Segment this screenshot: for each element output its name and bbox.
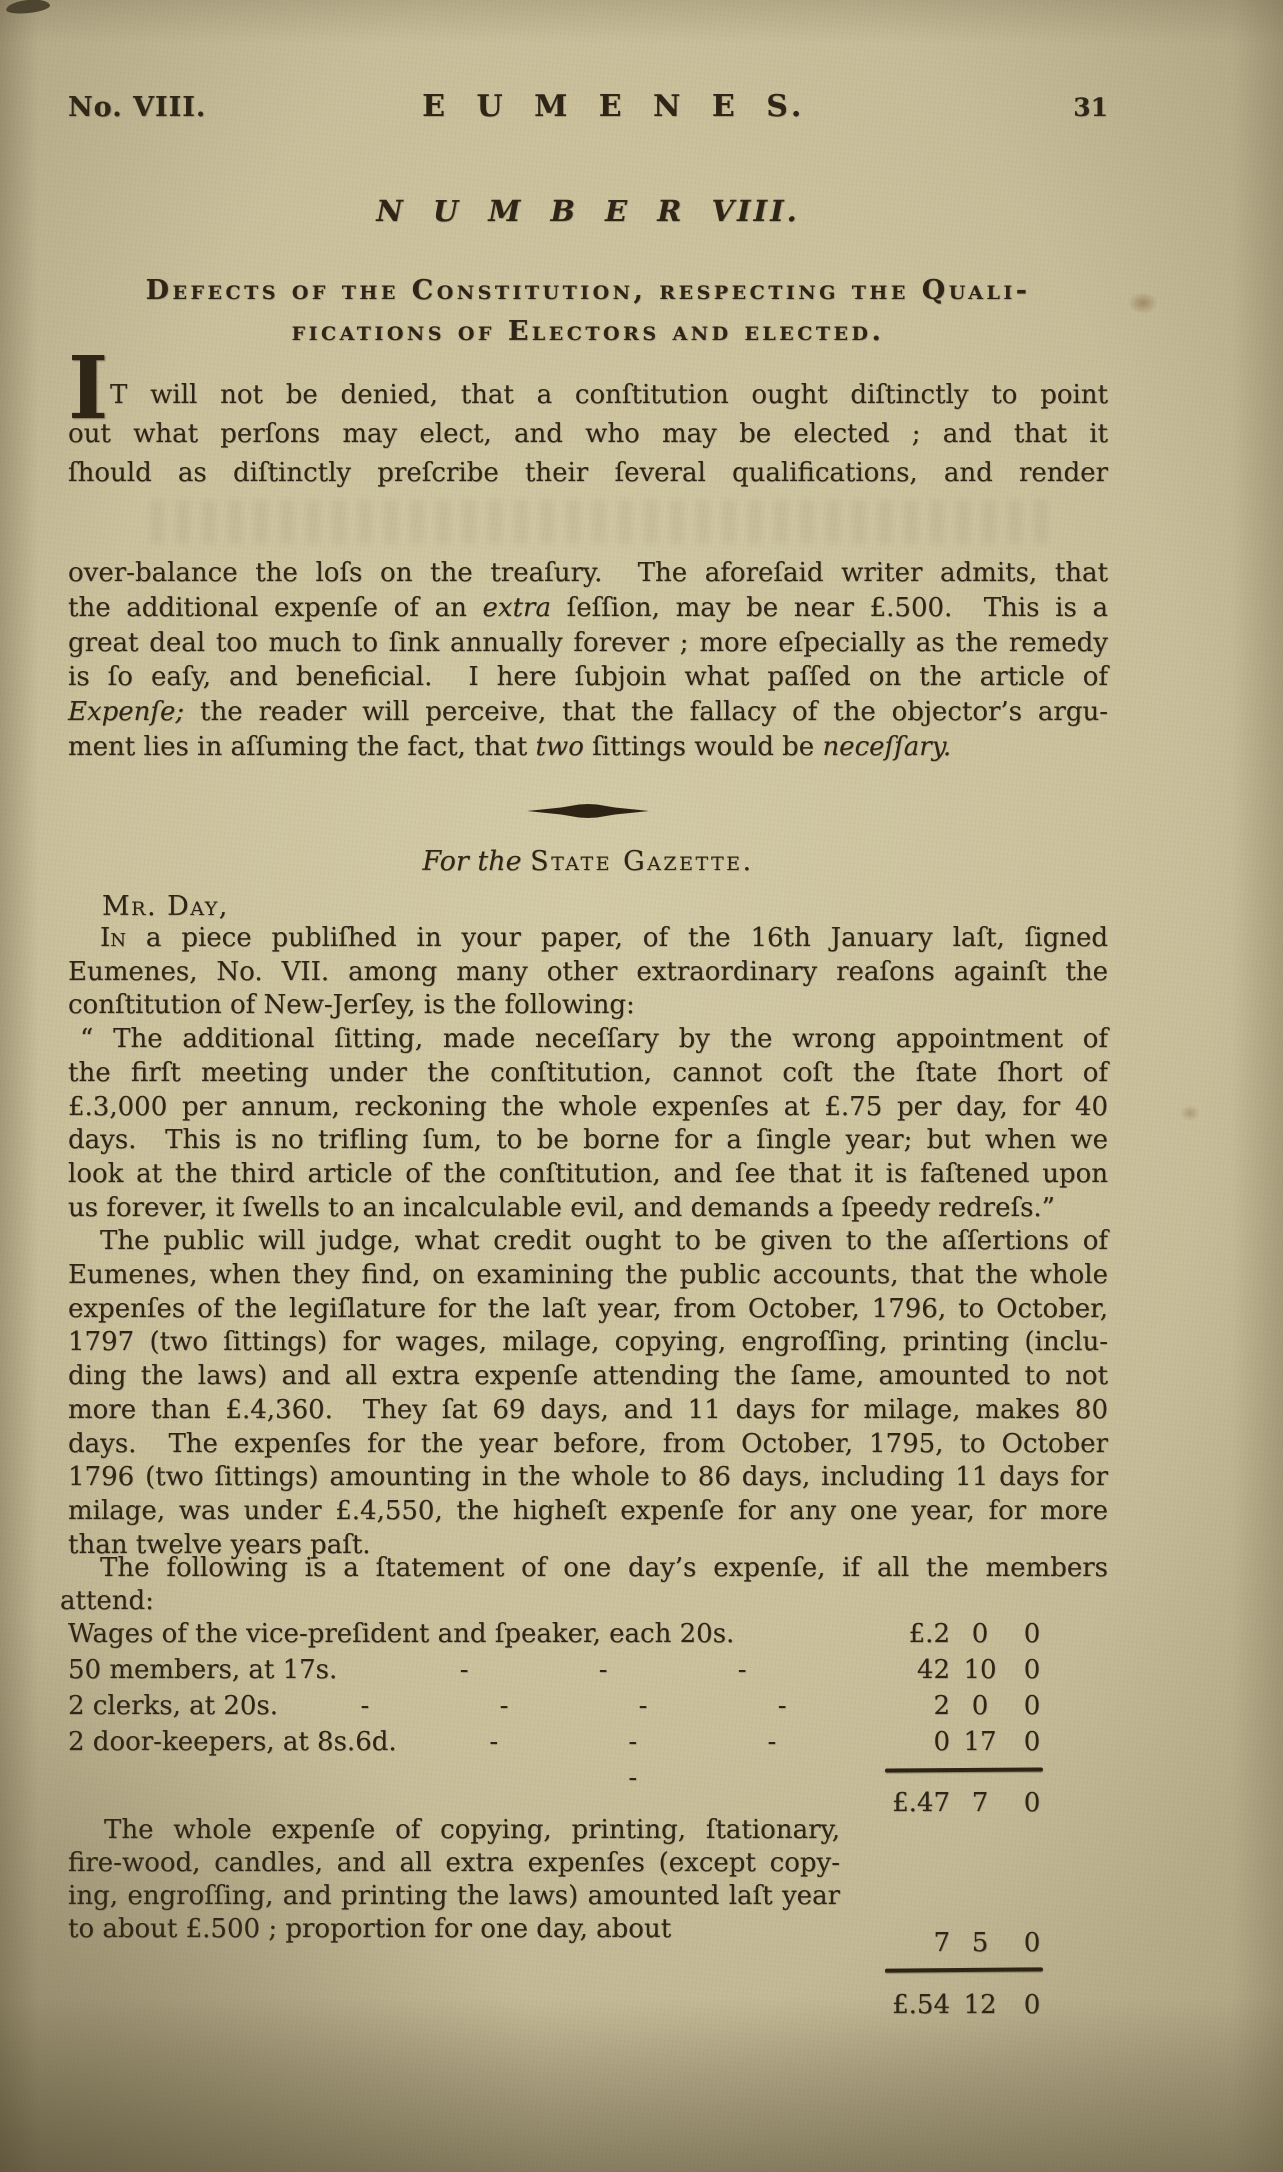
closing-paragraph: The whole expenſe of copying, printing, … [68,1814,840,1946]
text-line: is ſo eaſy, and beneficial. I here ſubjo… [68,660,1108,695]
amount-shillings: 17 [950,1724,1010,1760]
text-line: more than £.4,360. They ſat 69 days, and… [68,1394,1108,1428]
text-line: “ The additional ſitting, made neceſſary… [68,1023,1108,1057]
amount-pence: 0 [1010,1688,1054,1724]
text-line: us forever, it ſwells to an incalculable… [68,1192,1108,1226]
text-line: 1796 (two ſittings) amounting in the who… [68,1461,1108,1495]
text-line: In a piece publiſhed in your paper, of t… [68,922,1108,956]
book-page: No. VIII. E U M E N E S. 31 N U M B E R … [0,0,1283,2172]
amount-pounds: £.2 [870,1616,950,1652]
swelled-rule-ornament [527,804,649,818]
amount-pounds: 42 [870,1652,950,1688]
page-number: 31 [1073,91,1108,125]
amount-pounds: 0 [870,1724,950,1760]
text-line: IT will not be denied, that a conſtituti… [68,376,1108,415]
text-line-content: T will not be denied, that a conſtitutio… [110,380,1108,410]
text-line: ing, engroſſing, and printing the laws) … [68,1880,840,1913]
leader-dashes: - - - - [278,1688,870,1724]
continuation-paragraph: over-balance the loſs on the treaſury. T… [68,556,1108,765]
text-line: conſtitution of New-Jerſey, is the follo… [68,989,1108,1023]
text-line: the additional expenſe of an extra ſeſſi… [68,591,1108,626]
text-line: attend: [60,1585,1108,1618]
page-title: E U M E N E S. [180,90,1047,124]
gazette-heading: For the State Gazette. [68,845,1108,879]
foxing-spot [1128,292,1158,314]
text-line: out what perſons may elect, and who may … [68,415,1108,454]
amount-pence: 0 [1010,1990,1054,2020]
amount-shillings: 5 [950,1928,1010,1958]
text-segment: the reader will perceive, that the falla… [184,697,1108,727]
ink-smudge [5,0,50,15]
salutation-text: Mr. Day, [102,891,229,922]
sum-rule [885,1967,1043,1972]
text-line: The whole expenſe of copying, printing, … [68,1814,840,1847]
amount-shillings: 0 [950,1616,1010,1652]
text-line: fire-wood, candles, and all extra expenſ… [68,1847,840,1880]
expense-item-label: 50 members, at 17s. [68,1652,337,1688]
text-line: days. This is no trifling ſum, to be bor… [68,1124,1108,1158]
small-caps-word: In [100,923,126,953]
text-line: ding the laws) and all extra expenſe att… [68,1360,1108,1394]
amount: £.2 0 0 [870,1616,1054,1652]
italic-word: Expenſe; [68,697,184,727]
gazette-heading-prefix: For the [422,846,530,877]
text-segment: a piece publiſhed in your paper, of the … [126,923,1108,953]
text-line: over-balance the loſs on the treaſury. T… [68,556,1108,591]
text-segment: ſittings would be [584,732,823,762]
opening-paragraph: IT will not be denied, that a conſtituti… [68,376,1108,493]
amount-pence: 0 [1010,1616,1054,1652]
amount-pounds: 2 [870,1688,950,1724]
section-title-line: fications of Electors and elected. [68,311,1108,352]
drop-cap: I [68,346,108,432]
section-divider [68,793,1108,809]
statement-intro: The following is a ſtatement of one day’… [68,1552,1108,1618]
text-line: The public will judge, what credit ought… [68,1225,1108,1259]
text-line: Eumenes, No. VII. among many other extra… [68,956,1108,990]
amount: 2 0 0 [870,1688,1054,1724]
leader-dashes: - - - - [397,1724,870,1796]
text-line: Eumenes, when they find, on examining th… [68,1259,1108,1293]
amount: 42 10 0 [870,1652,1054,1688]
amount-pence: 0 [1010,1652,1054,1688]
page-showthrough [150,500,1050,544]
text-line: The following is a ſtatement of one day’… [68,1552,1108,1585]
expense-item-label: 2 door-keepers, at 8s.6d. [68,1724,397,1760]
table-row: 2 door-keepers, at 8s.6d. - - - - 0 17 0 [68,1724,1108,1796]
amount-shillings: 10 [950,1652,1010,1688]
text-segment: ſeſſion, may be near £.500. This is a [551,593,1108,623]
amount: 0 17 0 [870,1724,1054,1760]
amount-pounds: £.54 [870,1990,950,2020]
gazette-heading-title: State Gazette. [530,846,753,877]
proportion-amount: 7 5 0 [870,1928,1054,1958]
amount-pounds: £.47 [870,1788,950,1818]
section-title: Defects of the Constitution, respecting … [68,270,1108,352]
salutation: Mr. Day, [68,890,1142,924]
foxing-spot [1180,1105,1200,1121]
text-line: to about £.500 ; proportion for one day,… [68,1913,840,1946]
amount-shillings: 0 [950,1688,1010,1724]
text-line: ment lies in aſſuming the fact, that two… [68,730,1108,765]
total-amount: £.54 12 0 [870,1990,1054,2020]
text-line: ſhould as diſtinctly preſcribe their ſev… [68,454,1108,493]
amount-shillings: 7 [950,1788,1010,1818]
letter-body: In a piece publiſhed in your paper, of t… [68,922,1108,1562]
text-line: milage, was under £.4,550, the higheſt e… [68,1495,1108,1529]
running-head: No. VIII. E U M E N E S. 31 [68,90,1108,125]
text-line: 1797 (two ſittings) for wages, milage, c… [68,1326,1108,1360]
italic-word: neceſſary. [822,732,951,762]
italic-word: extra [483,593,551,623]
subtotal-amount: £.47 7 0 [870,1788,1054,1818]
italic-word: two [535,732,583,762]
text-line: days. The expenſes for the year before, … [68,1428,1108,1462]
text-line: Expenſe; the reader will perceive, that … [68,695,1108,730]
amount-shillings: 12 [950,1990,1010,2020]
table-row: Wages of the vice-preſident and ſpeaker,… [68,1616,1108,1652]
table-row: 50 members, at 17s. - - - 42 10 0 [68,1652,1108,1688]
text-line: great deal too much to ſink annually for… [68,626,1108,661]
text-line: expenſes of the legiſlature for the laſt… [68,1293,1108,1327]
expense-item-label: Wages of the vice-preſident and ſpeaker,… [68,1616,734,1652]
leader-dashes: - - - [337,1652,870,1688]
text-segment: ment lies in aſſuming the fact, that [68,732,535,762]
amount-pence: 0 [1010,1724,1054,1760]
amount-pence: 0 [1010,1928,1054,1958]
text-line: the firſt meeting under the conſtitution… [68,1057,1108,1091]
expense-item-label: 2 clerks, at 20s. [68,1688,278,1724]
text-line: look at the third article of the conſtit… [68,1158,1108,1192]
text-line: £.3,000 per annum, reckoning the whole e… [68,1091,1108,1125]
table-row: 2 clerks, at 20s. - - - - 2 0 0 [68,1688,1108,1724]
number-heading: N U M B E R VIII. [68,194,1108,228]
section-title-line: Defects of the Constitution, respecting … [68,270,1108,311]
amount-pounds: 7 [870,1928,950,1958]
amount-pence: 0 [1010,1788,1054,1818]
text-segment: the additional expenſe of an [68,593,483,623]
